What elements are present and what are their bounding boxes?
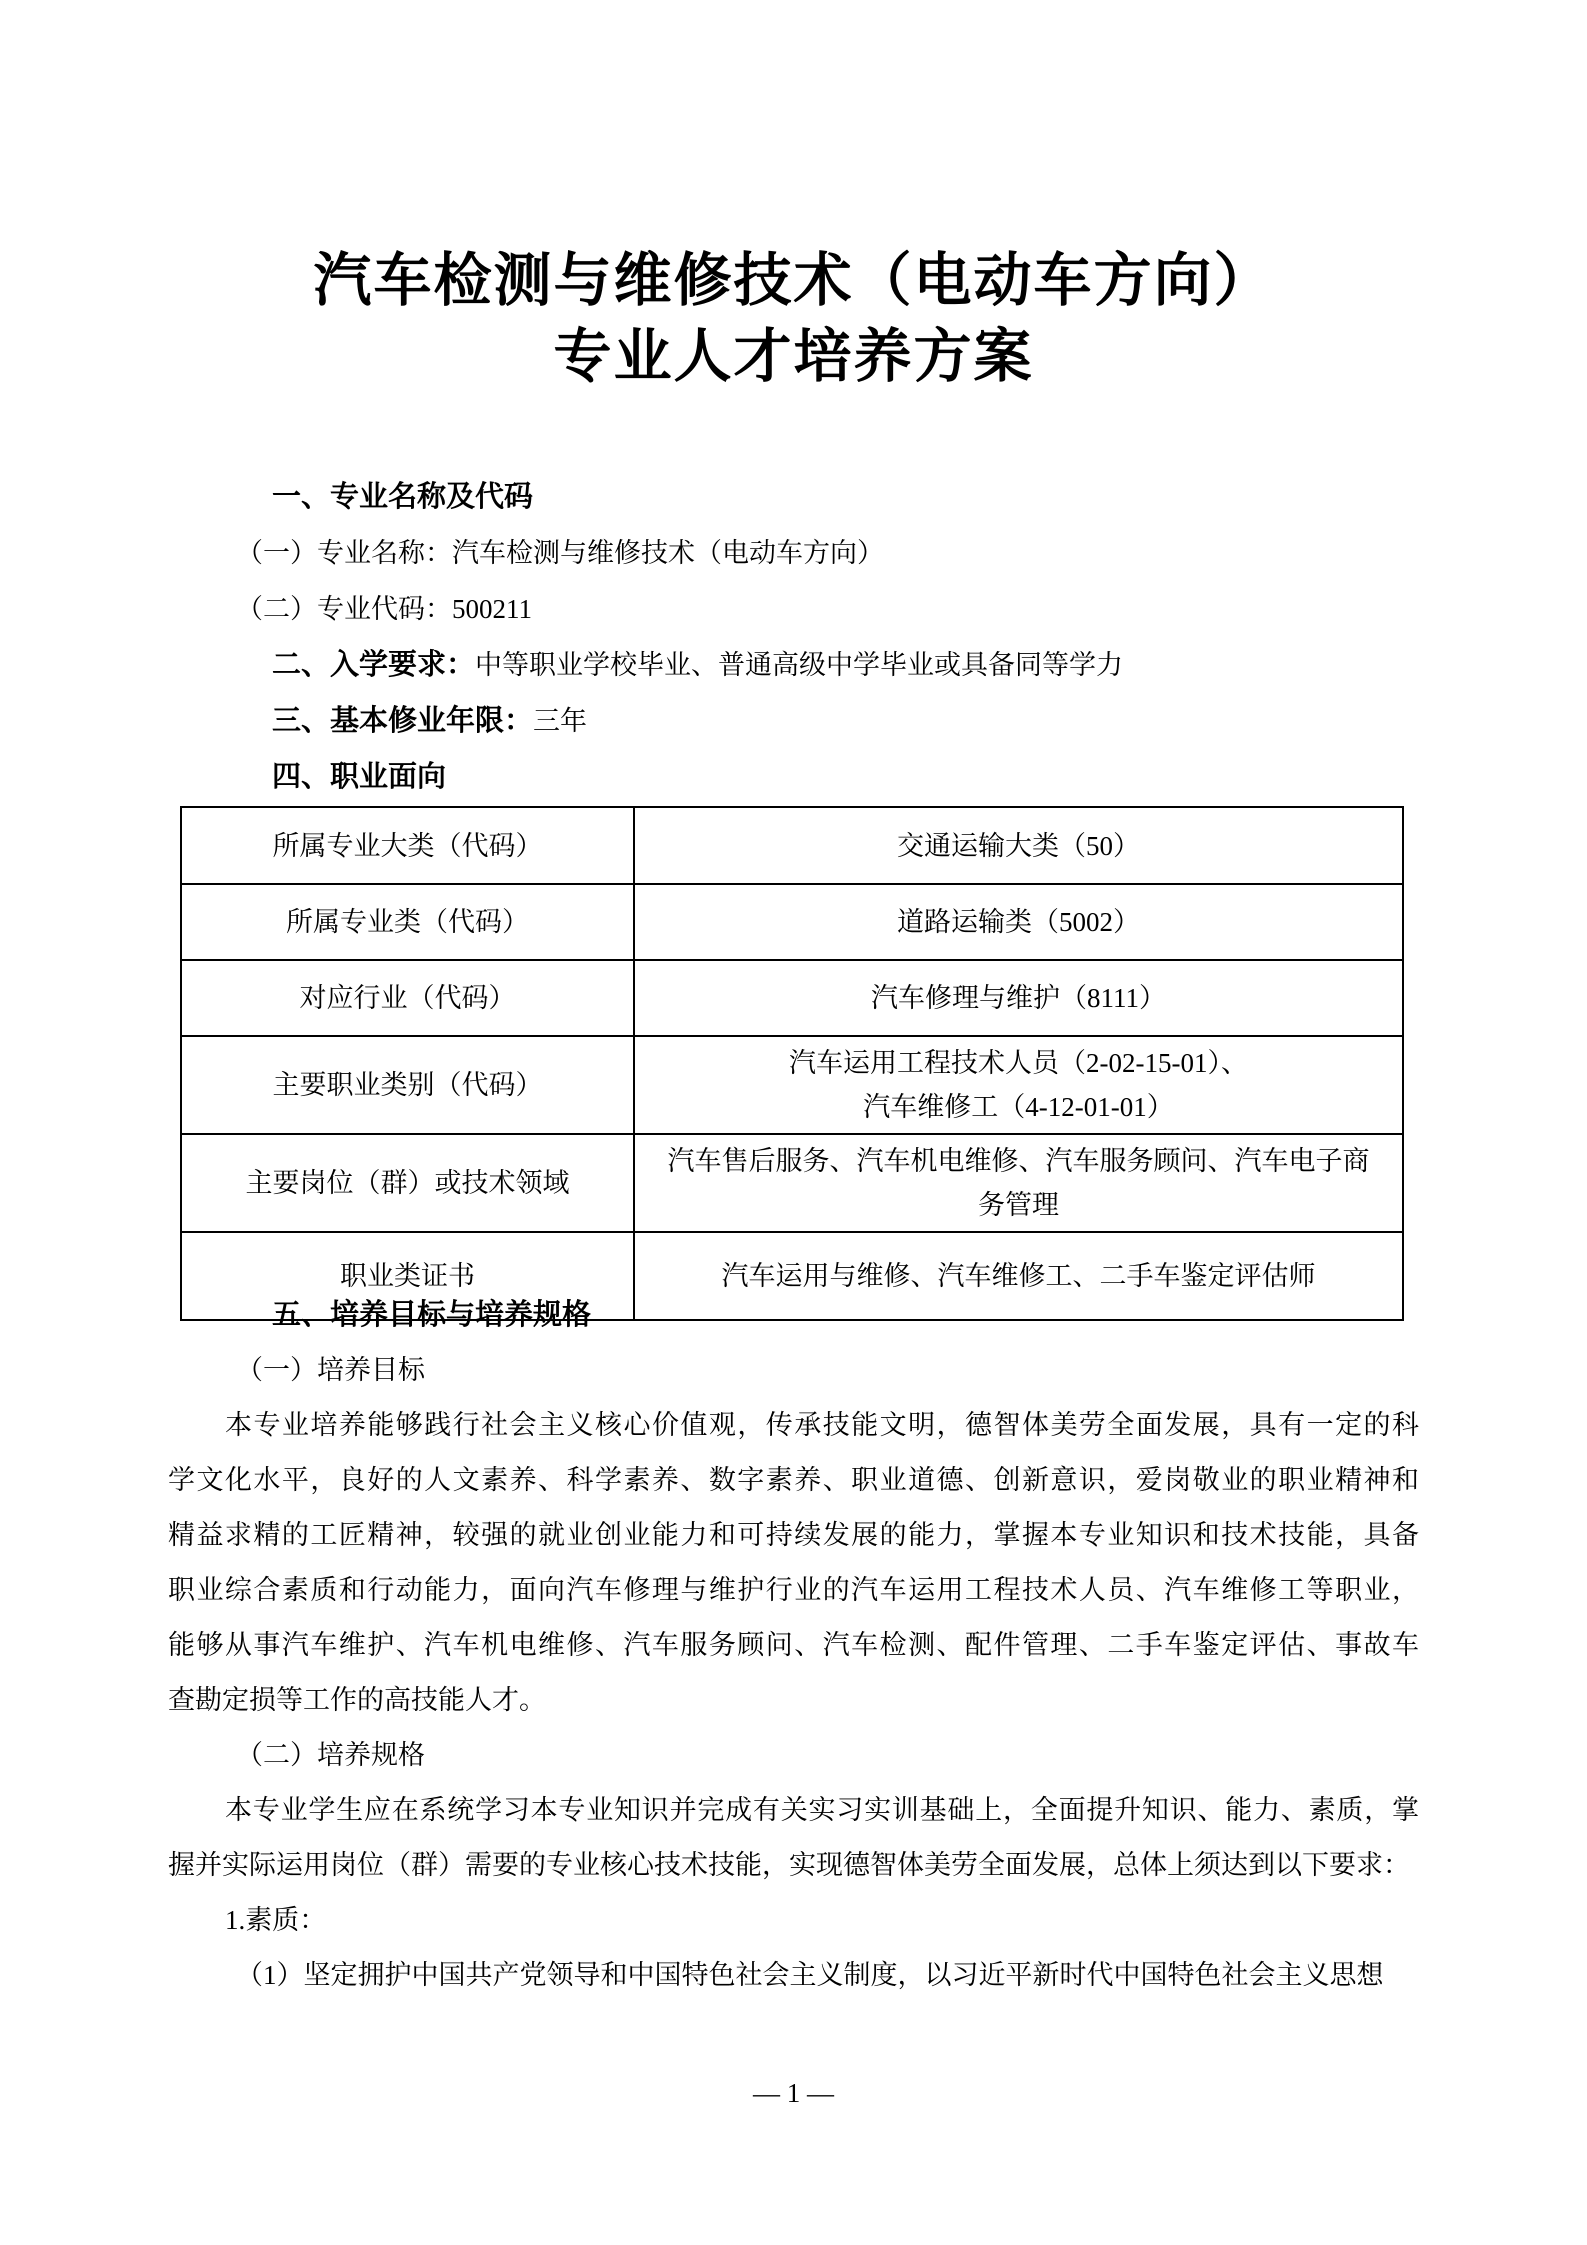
goal-subheading: （一）培养目标 [168,1343,1419,1398]
major-code-line: （二）专业代码：500211 [168,581,1419,637]
row-value: 汽车修理与维护（8111） [634,960,1403,1036]
row-value-line1: 汽车运用工程技术人员（2-02-15-01）、 [660,1041,1377,1085]
quality-label: 1.素质： [168,1893,1419,1948]
major-name-line: （一）专业名称：汽车检测与维修技术（电动车方向） [168,525,1419,581]
enrollment-label: 二、入学要求： [168,649,475,681]
row-label: 主要岗位（群）或技术领域 [181,1134,634,1232]
document-title: 汽车检测与维修技术（电动车方向） 专业人才培养方案 [0,243,1587,395]
row-value: 交通运输大类（50） [634,807,1403,884]
section1-heading: 一、专业名称及代码 [168,469,1419,525]
row-value: 汽车售后服务、汽车机电维修、汽车服务顾问、汽车电子商务管理 [634,1134,1403,1232]
row-label: 对应行业（代码） [181,960,634,1036]
section4-heading: 四、职业面向 [168,749,1419,805]
career-orientation-table: 所属专业大类（代码） 交通运输大类（50） 所属专业类（代码） 道路运输类（50… [180,806,1404,1321]
quality-item-line: （1）坚定拥护中国共产党领导和中国特色社会主义制度，以习近平新时代中国特色社会主… [168,1948,1419,2003]
document-page: 汽车检测与维修技术（电动车方向） 专业人才培养方案 一、专业名称及代码 （一）专… [0,0,1587,2245]
row-value: 道路运输类（5002） [634,884,1403,960]
front-matter: 一、专业名称及代码 （一）专业名称：汽车检测与维修技术（电动车方向） （二）专业… [168,469,1419,805]
table-row: 所属专业类（代码） 道路运输类（5002） [181,884,1403,960]
row-value-line2: 汽车维修工（4-12-01-01） [660,1085,1377,1129]
table-row: 主要岗位（群）或技术领域 汽车售后服务、汽车机电维修、汽车服务顾问、汽车电子商务… [181,1134,1403,1232]
spec-paragraph-line: 本专业学生应在系统学习本专业知识并完成有关实习实训基础上，全面提升知识、能力、素… [168,1783,1419,1838]
study-period-line: 三、基本修业年限：三年 [168,693,1419,749]
study-period-text: 三年 [533,706,587,736]
section5-heading: 五、培养目标与培养规格 [168,1288,1419,1343]
document-title-line2: 专业人才培养方案 [0,319,1587,395]
goal-paragraph-line: 能够从事汽车维护、汽车机电维修、汽车服务顾问、汽车检测、配件管理、二手车鉴定评估… [168,1618,1419,1673]
spec-paragraph-line: 握并实际运用岗位（群）需要的专业核心技术技能，实现德智体美劳全面发展，总体上须达… [168,1838,1419,1893]
study-period-label: 三、基本修业年限： [168,705,533,737]
table-row: 主要职业类别（代码） 汽车运用工程技术人员（2-02-15-01）、 汽车维修工… [181,1036,1403,1134]
goal-paragraph-line: 职业综合素质和行动能力，面向汽车修理与维护行业的汽车运用工程技术人员、汽车维修工… [168,1563,1419,1618]
row-label: 所属专业大类（代码） [181,807,634,884]
row-label: 主要职业类别（代码） [181,1036,634,1134]
table-row: 对应行业（代码） 汽车修理与维护（8111） [181,960,1403,1036]
goal-paragraph-line: 学文化水平，良好的人文素养、科学素养、数字素养、职业道德、创新意识，爱岗敬业的职… [168,1453,1419,1508]
goal-paragraph-line: 精益求精的工匠精神，较强的就业创业能力和可持续发展的能力，掌握本专业知识和技术技… [168,1508,1419,1563]
enrollment-line: 二、入学要求：中等职业学校毕业、普通高级中学毕业或具备同等学力 [168,637,1419,693]
document-title-line1: 汽车检测与维修技术（电动车方向） [0,243,1587,319]
goal-paragraph-line: 本专业培养能够践行社会主义核心价值观，传承技能文明，德智体美劳全面发展，具有一定… [168,1398,1419,1453]
table-row: 所属专业大类（代码） 交通运输大类（50） [181,807,1403,884]
page-number: — 1 — [0,2079,1587,2107]
training-goals-section: 五、培养目标与培养规格 （一）培养目标 本专业培养能够践行社会主义核心价值观，传… [168,1288,1419,2003]
goal-paragraph-line: 查勘定损等工作的高技能人才。 [168,1673,1419,1728]
enrollment-text: 中等职业学校毕业、普通高级中学毕业或具备同等学力 [475,650,1123,680]
row-label: 所属专业类（代码） [181,884,634,960]
row-value: 汽车运用工程技术人员（2-02-15-01）、 汽车维修工（4-12-01-01… [634,1036,1403,1134]
spec-subheading: （二）培养规格 [168,1728,1419,1783]
